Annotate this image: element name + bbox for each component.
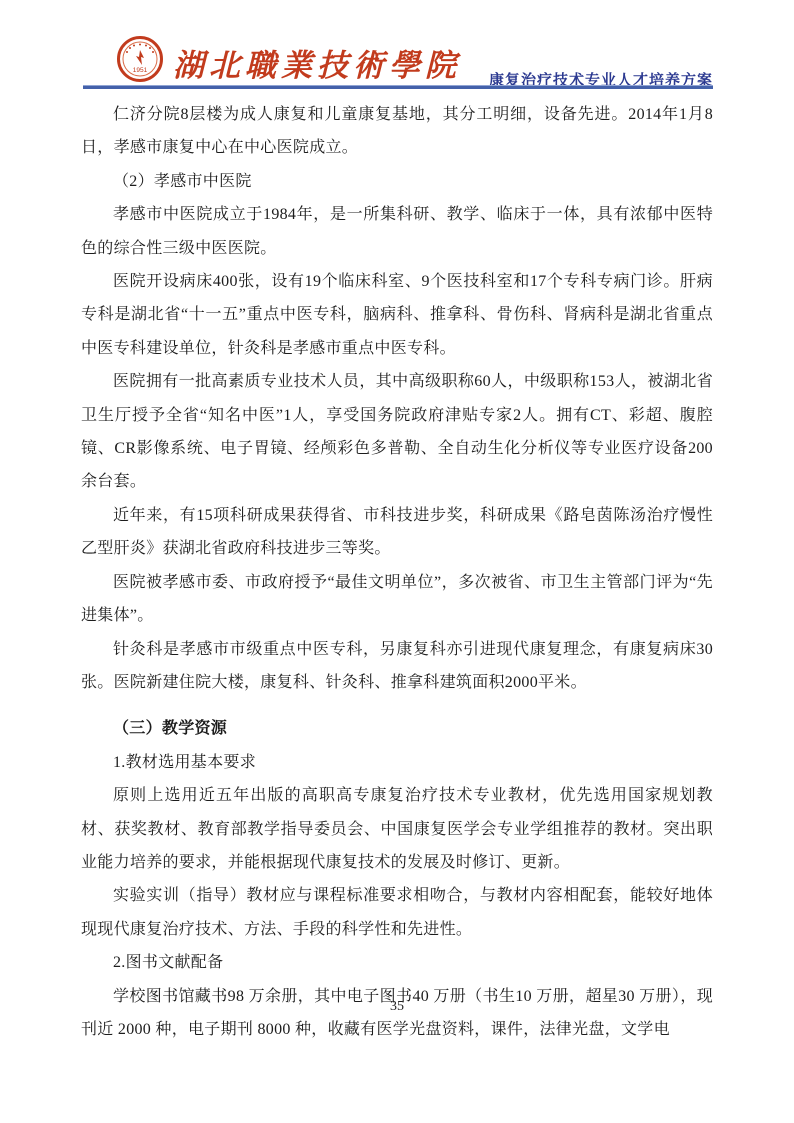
paragraph: 针灸科是孝感市市级重点中医专科，另康复科亦引进现代康复理念，有康复病床30张。医… [81, 633, 713, 700]
page-header: 1951 湖北職業技術學院 康复治疗技术专业人才培养方案 [83, 34, 713, 88]
paragraph: 近年来，有15项科研成果获得省、市科技进步奖，科研成果《路皂茵陈汤治疗慢性乙型肝… [81, 499, 713, 566]
header-rule [83, 85, 713, 89]
school-seal-icon: 1951 [117, 36, 163, 82]
paragraph: 仁济分院8层楼为成人康复和儿童康复基地，其分工明细，设备先进。2014年1月8日… [81, 98, 713, 165]
paragraph: 孝感市中医院成立于1984年，是一所集科研、教学、临床于一体，具有浓郁中医特色的… [81, 198, 713, 265]
document-body: 仁济分院8层楼为成人康复和儿童康复基地，其分工明细，设备先进。2014年1月8日… [81, 98, 713, 1046]
paragraph: 原则上选用近五年出版的高职高专康复治疗技术专业教材，优先选用国家规划教材、获奖教… [81, 779, 713, 879]
paragraph: 医院拥有一批高素质专业技术人员，其中高级职称60人，中级职称153人，被湖北省卫… [81, 365, 713, 499]
paragraph: 医院开设病床400张，设有19个临床科室、9个医技科室和17个专科专病门诊。肝病… [81, 265, 713, 365]
school-name: 湖北職業技術學院 [173, 40, 461, 85]
paragraph: 医院被孝感市委、市政府授予“最佳文明单位”，多次被省、市卫生主管部门评为“先进集… [81, 566, 713, 633]
subsection-heading: 1.教材选用基本要求 [81, 746, 713, 779]
paragraph: （2）孝感市中医院 [81, 165, 713, 198]
paragraph: 实验实训（指导）教材应与课程标准要求相吻合，与教材内容相配套，能较好地体现现代康… [81, 879, 713, 946]
subsection-heading: 2.图书文献配备 [81, 946, 713, 979]
section-heading: （三）教学资源 [81, 712, 713, 745]
document-page: 1951 湖北職業技術學院 康复治疗技术专业人才培养方案 仁济分院8层楼为成人康… [0, 0, 794, 1123]
seal-year: 1951 [133, 67, 148, 74]
page-number: 35 [0, 999, 794, 1015]
